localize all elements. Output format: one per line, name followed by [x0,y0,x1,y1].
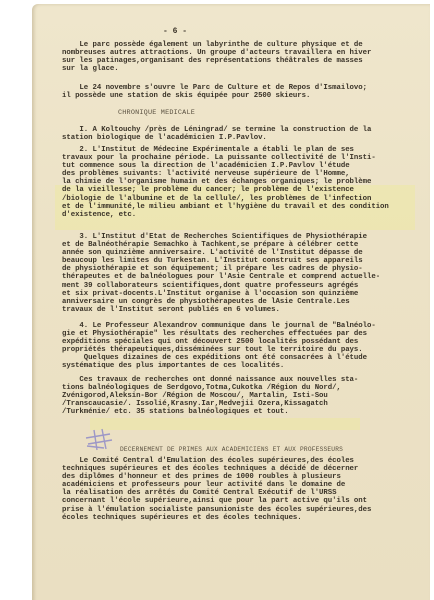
text-line: il possède une station de skis équipée p… [62,92,367,100]
text-line: des diplômes d'honneur et des primes de … [62,473,371,481]
text-line: Quelques dizaines de ces expéditions ont… [62,354,376,362]
text-line: académiciens et professeurs pour leur ac… [62,481,371,489]
text-line: d'existence, etc. [62,211,389,219]
text-line: tions balnéologiques de Serdgovo,Totma,C… [62,384,358,392]
text-line: anniversaire un congrès de physiothérape… [62,298,380,306]
paragraph-koltouchy: I. A Koltouchy /près de Léningrad/ se te… [62,126,371,142]
text-line: 3. L'Institut d'Etat de Recherches Scien… [62,233,380,241]
hash-stamp-icon [84,428,114,452]
text-line: et de l'immunité,le milieu ambiant et l'… [62,203,389,211]
text-line: 2. L'Institut de Médecine Expérimentale … [62,146,389,154]
text-line: et de Balnéothérapie Semachko à Tachkent… [62,241,380,249]
text-line: /biologie de l'albumine et de la cellule… [62,195,389,203]
text-line: nombreuses autres attractions. Un groupe… [62,49,371,57]
text-line: travaux de l'Institut seront publiés en … [62,306,380,314]
paragraph-park: Le parc possède également un labyrinthe … [62,41,371,73]
text-line: de la vieillesse; le problème du cancer;… [62,186,389,194]
text-line: écoles techniques supérieures et des éco… [62,514,371,522]
paragraph-alexandrov: 4. Le Professeur Alexandrov communique d… [62,322,376,371]
text-line: sur les patinages,organisant des représe… [62,57,371,65]
text-line: Ces travaux de recherches ont donné nais… [62,376,358,384]
text-line: la chimie de l'organisme humain et des é… [62,178,389,186]
text-line: thérapeutes et de balnéologues pour l'As… [62,273,380,281]
text-line: sur la glace. [62,65,371,73]
text-line: beaucoup les limites du Turkestan. L'Ins… [62,257,380,265]
paragraph-institute-medicine: 2. L'Institut de Médecine Expérimentale … [62,146,389,219]
text-line: station biologique de l'académicien I.P.… [62,134,371,142]
text-line: des problèmes suivants: l'activité nerve… [62,170,389,178]
text-line: techniques supérieures et des écoles tec… [62,465,371,473]
text-line: et six privat-docents.L'Institut organis… [62,290,380,298]
heading-decernement: DECERNEMENT DE PRIMES AUX ACADEMICIENS E… [120,446,343,453]
text-line: /Turkménie/ etc. 35 stations balnéologiq… [62,408,358,416]
text-line: 4. Le Professeur Alexandrov communique d… [62,322,376,330]
text-line: la réalisation des arrêtés du Comité Cen… [62,489,371,497]
text-line: de physiothérapie et son équipement; il … [62,265,380,273]
text-line: propriétés thérapeutiques,disséminées su… [62,346,376,354]
text-line: tut commence sous la direction de l'acad… [62,162,389,170]
text-line: concernant l'école supérieure,ainsi que … [62,497,371,505]
text-line: systématique des plus importantes de ces… [62,362,376,370]
paragraph-stations: Ces travaux de recherches ont donné nais… [62,376,358,416]
text-line: travaux pour la prochaine période. La pu… [62,154,389,162]
text-line: année son quinzième anniversaire. L'acti… [62,249,380,257]
text-line: Le 24 novembre s'ouvre le Parc de Cultur… [62,84,367,92]
text-line: ment 39 collaborateurs scientifiques,don… [62,282,380,290]
text-line: prise à l'émulation socialiste pansunion… [62,506,371,514]
text-line: Le parc possède également un labyrinthe … [62,41,371,49]
text-line: Le Comité Central d'Emulation des écoles… [62,457,371,465]
text-line: Zvénigorod,Aleksin-Bor /Région de Moscou… [62,392,358,400]
text-line: /Transcaucasie/. Issolié,Krasny.Iar,Medv… [62,400,358,408]
text-line: I. A Koltouchy /près de Léningrad/ se te… [62,126,371,134]
paragraph-tachkent: 3. L'Institut d'Etat de Recherches Scien… [62,233,380,314]
text-line: expéditions spéciales qui ont découvert … [62,338,376,346]
page-number: - 6 - [163,27,187,36]
yellow-highlight [90,418,360,430]
heading-chronique-medicale: CHRONIQUE MEDICALE [118,109,195,117]
text-line: gie et Physiothérapie" les résultats des… [62,330,376,338]
paragraph-emulation: Le Comité Central d'Emulation des écoles… [62,457,371,522]
paragraph-ismailovo: Le 24 novembre s'ouvre le Parc de Cultur… [62,84,367,100]
